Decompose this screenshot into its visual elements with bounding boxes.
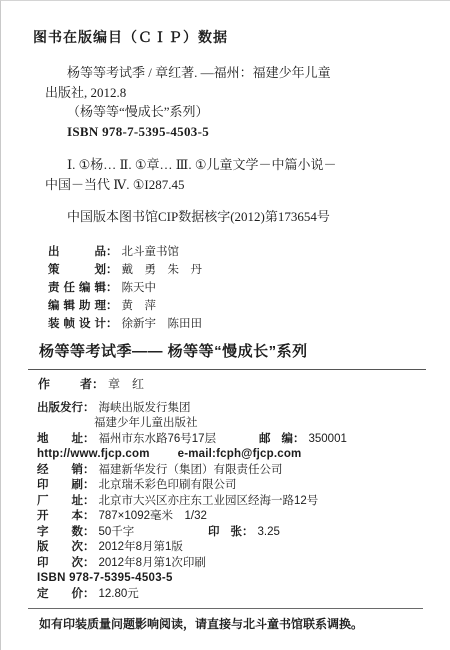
staff-label: 装帧设计	[48, 315, 106, 333]
cip-catalog-block: 杨等等考试季 / 章红著. —福州：福建少年儿童 出版社, 2012.8 （杨等…	[45, 63, 450, 227]
colon: ：	[83, 433, 95, 445]
address-label: 地址	[37, 432, 83, 448]
divider-above-notice	[28, 608, 423, 609]
staff-label: 编辑助理	[48, 297, 106, 315]
publisher-row: 出版发行：海峡出版发行集团	[37, 401, 450, 417]
impression-value: 2012年8月第1次印刷	[99, 557, 206, 569]
cip-isbn-line: ISBN 978-7-5395-4503-5	[45, 122, 450, 142]
distributor-value: 福建新华发行（集团）有限责任公司	[99, 464, 283, 476]
staff-label: 策划	[48, 261, 106, 279]
author-row: 作者：章 红	[38, 375, 450, 393]
exchange-notice: 如有印装质量问题影响阅读，请直接与北斗童书馆联系调换。	[39, 615, 450, 633]
website-url: http://www.fjcp.com	[37, 448, 150, 460]
staff-row-producer: 出品：北斗童书馆	[48, 243, 450, 261]
staff-label: 责任编辑	[48, 279, 106, 297]
colon: ：	[83, 464, 95, 476]
staff-value: 北斗童书馆	[122, 246, 180, 258]
edition-label: 版次	[37, 540, 83, 556]
staff-credits: 出品：北斗童书馆 策划：戴 勇 朱 丹 责任编辑：陈天中 编辑助理：黄 萍 装帧…	[48, 243, 450, 333]
edition-row: 版次：2012年8月第1版	[37, 540, 450, 556]
publisher-value-2: 福建少年儿童出版社	[94, 417, 198, 429]
colon: ：	[106, 264, 118, 276]
publisher-label: 出版发行	[37, 401, 83, 417]
publisher-value: 海峡出版发行集团	[99, 402, 191, 414]
word-count-row: 字数：50千字 印张：3.25	[37, 525, 450, 541]
staff-value: 徐新宇 陈田田	[122, 318, 203, 330]
address-row: 地址：福州市东水路76号17层 邮编：350001	[37, 432, 450, 448]
staff-row-designer: 装帧设计：徐新宇 陈田田	[48, 315, 450, 333]
cip-title-line: 杨等等考试季 / 章红著. —福州：福建少年儿童	[45, 63, 450, 83]
staff-value: 黄 萍	[122, 300, 157, 312]
word-count-label: 字数	[37, 525, 83, 541]
colon: ：	[83, 402, 95, 414]
postcode-value: 350001	[309, 433, 347, 445]
factory-value: 北京市大兴区亦庄东工业园区经海一路12号	[99, 495, 319, 507]
web-row: http://www.fjcp.come-mail:fcph@fjcp.com	[37, 447, 450, 463]
edition-value: 2012年8月第1版	[99, 541, 183, 553]
address-value: 福州市东水路76号17层	[99, 433, 217, 445]
book-title: 杨等等考试季—— 杨等等“慢成长”系列	[39, 341, 450, 363]
sheets-pair: 印张：3.25	[208, 525, 280, 541]
email-address: e-mail:fcph@fjcp.com	[178, 448, 302, 460]
printer-value: 北京瑞禾彩色印刷有限公司	[99, 479, 237, 491]
price-row: 定价：12.80元	[37, 587, 450, 603]
cip-classification-line-2: 中国－当代 Ⅳ. ①I287.45	[45, 175, 450, 195]
word-count-value: 50千字	[99, 526, 135, 538]
printer-label: 印刷	[37, 478, 83, 494]
isbn-value: ISBN 978-7-5395-4503-5	[37, 572, 173, 584]
cip-classification-line-1: Ⅰ. ①杨… Ⅱ. ①章… Ⅲ. ①儿童文学－中篇小说－	[45, 155, 450, 175]
colon: ：	[83, 510, 95, 522]
postcode-pair: 邮编：350001	[259, 432, 347, 448]
colon: ：	[92, 377, 104, 391]
colon: ：	[106, 282, 118, 294]
publication-info: 出版发行：海峡出版发行集团 福建少年儿童出版社 地址：福州市东水路76号17层 …	[37, 401, 450, 603]
colon: ：	[83, 495, 95, 507]
staff-value: 陈天中	[122, 282, 157, 294]
distributor-row: 经销：福建新华发行（集团）有限责任公司	[37, 463, 450, 479]
cip-series-line: （杨等等“慢成长”系列）	[45, 102, 450, 122]
price-value: 12.80元	[99, 588, 139, 600]
author-value: 章 红	[108, 377, 144, 391]
isbn-row: ISBN 978-7-5395-4503-5	[37, 571, 450, 587]
cip-header: 图书在版编目（ＣＩＰ）数据	[33, 27, 450, 47]
colon: ：	[293, 433, 305, 445]
impression-row: 印次：2012年8月第1次印刷	[37, 556, 450, 572]
factory-address-row: 厂址：北京市大兴区亦庄东工业园区经海一路12号	[37, 494, 450, 510]
staff-row-planner: 策划：戴 勇 朱 丹	[48, 261, 450, 279]
publisher-row-continuation: 福建少年儿童出版社	[37, 416, 450, 432]
cip-registry-number: 中国版本图书馆CIP数据核字(2012)第173654号	[45, 207, 450, 227]
format-label: 开本	[37, 509, 83, 525]
staff-row-assistant-editor: 编辑助理：黄 萍	[48, 297, 450, 315]
colon: ：	[106, 318, 118, 330]
colon: ：	[83, 479, 95, 491]
format-row: 开本：787×1092毫米 1/32	[37, 509, 450, 525]
format-value: 787×1092毫米 1/32	[99, 510, 207, 522]
author-label: 作者	[38, 375, 92, 393]
colophon-page: 图书在版编目（ＣＩＰ）数据 杨等等考试季 / 章红著. —福州：福建少年儿童 出…	[1, 1, 450, 650]
sheets-label: 印张	[208, 525, 242, 541]
colon: ：	[83, 557, 95, 569]
printer-row: 印刷：北京瑞禾彩色印刷有限公司	[37, 478, 450, 494]
factory-label: 厂址	[37, 494, 83, 510]
impression-label: 印次	[37, 556, 83, 572]
cip-publisher-line: 出版社, 2012.8	[45, 83, 450, 103]
price-label: 定价	[37, 587, 83, 603]
colon: ：	[242, 526, 254, 538]
colon: ：	[83, 526, 95, 538]
distributor-label: 经销	[37, 463, 83, 479]
postcode-label: 邮编	[259, 432, 293, 448]
colon: ：	[83, 541, 95, 553]
colon: ：	[106, 300, 118, 312]
divider-under-title	[28, 369, 426, 370]
staff-value: 戴 勇 朱 丹	[122, 264, 203, 276]
colon: ：	[106, 246, 118, 258]
staff-label: 出品	[48, 243, 106, 261]
sheets-value: 3.25	[258, 526, 280, 538]
staff-row-editor: 责任编辑：陈天中	[48, 279, 450, 297]
colon: ：	[83, 588, 95, 600]
